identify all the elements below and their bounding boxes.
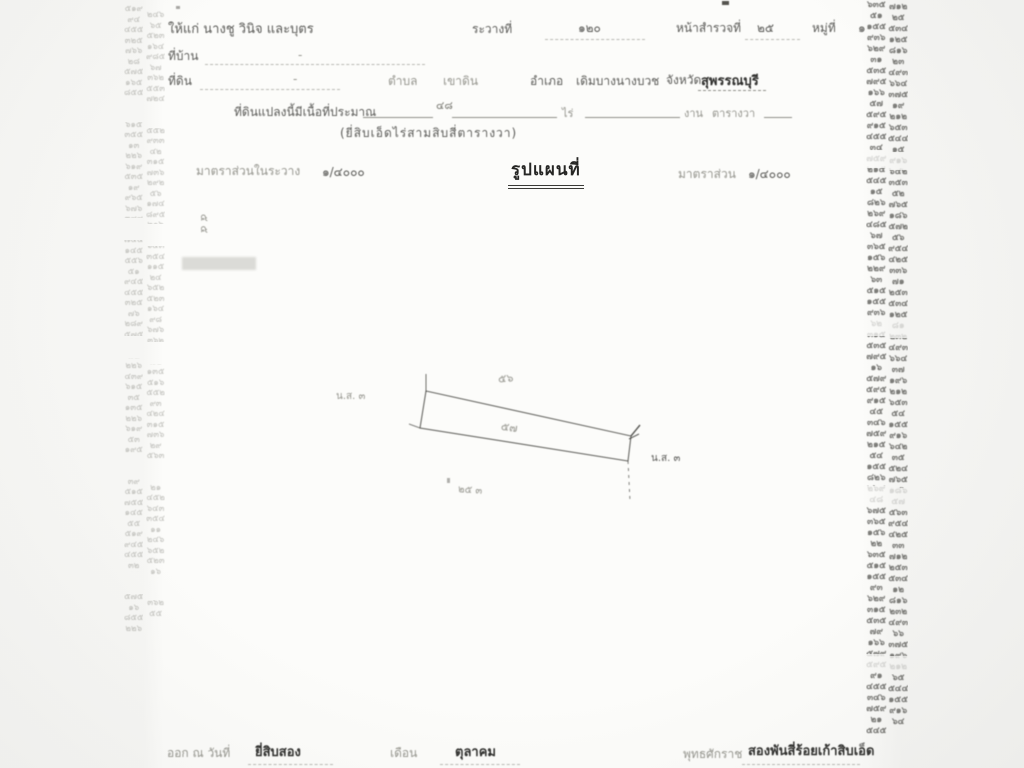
scanned-deed-page: ๕๑๙ ๙๔ ๔๕๕ ๓๒๕ ๗๖๖ ๒๘ ๕๗๕ ๑๖๕ ๘๕๕ ๒๒ ๔๓๙… (0, 0, 1024, 768)
area-label: ที่ดินแปลงนี้มีเนื้อที่ประมาณ (234, 103, 376, 122)
day-underline (248, 764, 333, 765)
era-label: พุทธศักราช (683, 745, 742, 764)
adjacent-parcel-east-label: น.ส. ๓ (651, 451, 680, 466)
issued-day: ยี่สิบสอง (255, 741, 301, 762)
area-spelled-out: (ยี่สิบเอ็ดไร่สามสิบสี่ตารางวา) (340, 124, 517, 143)
changwat-label: จังหวัด (666, 71, 701, 90)
scan-speck (176, 6, 180, 9)
corner-tick-bottom-dashed (628, 461, 630, 501)
sheet-underline (545, 39, 645, 40)
scan-speck (722, 1, 729, 5)
parcel-map-drawing (300, 355, 740, 515)
changwat-value: สุพรรณบุรี (701, 70, 759, 91)
recipient-line: ให้แก่ นางชู วินิจ และบุตร (168, 18, 314, 39)
rai-label: ไร่ (562, 104, 573, 122)
scale-right-label: มาตราส่วน (678, 165, 736, 184)
survey-label: หน้าสำรวจที่ (676, 19, 741, 38)
tambon-label: ตำบล (388, 72, 418, 91)
tambon-value: เขาดิน (443, 72, 478, 91)
land-value: - (293, 72, 297, 86)
changwat-underline (698, 90, 766, 91)
area-line-3 (585, 117, 680, 118)
land-underline (200, 89, 340, 90)
issued-year: สองพันสี่ร้อยเก้าสิบเอ็ด (748, 740, 874, 761)
ngan-label: งาน (684, 104, 703, 122)
amphoe-value: เดิมบางนางบวช (576, 72, 659, 91)
adjacent-parcel-north-label: ๕๖ (497, 368, 514, 387)
corner-tick-left (409, 424, 420, 428)
moo-label: หมู่ที่ (812, 19, 836, 38)
month-underline (440, 764, 520, 765)
adjacent-parcel-south-label: ๒๕ ๓ (458, 482, 483, 499)
right-stub-glyph-column-1: ๖๓๕ ๕๑ ๑๕๕ ๙๓๖ ๖๒๙ ๓๑ ๕๓๕ ๗๙๕ ๑๖๖ ๕๗ ๕๙๕… (866, 0, 887, 737)
margin-mark: ๕๕ (196, 214, 211, 237)
area-line-1 (363, 117, 433, 118)
survey-value: ๒๕ (757, 19, 774, 38)
issued-month: ตุลาคม (455, 741, 496, 762)
scale-right-value: ๑/๔๐๐๐ (748, 165, 791, 184)
scan-smudge-bar (182, 257, 256, 270)
sheet-value: ๑๒๐ (578, 19, 601, 38)
left-stub-glyph-column-2: ๒๔๖ ๖๕ ๕๒๓ ๑๖๔ ๙๘๕ ๖๗ ๓๖๒ ๕๕๓ ๗๒๔ ๑๓ ๕๑๖… (146, 10, 165, 619)
land-label: ที่ดิน (168, 72, 192, 91)
scale-left-label: มาตราส่วนในระวาง (196, 162, 300, 181)
parcel-outline (420, 391, 631, 461)
month-label: เดือน (390, 744, 417, 763)
survey-underline (745, 39, 800, 40)
year-underline (742, 764, 860, 765)
right-stub-glyph-column-2: ๗๑๒ ๒๕ ๕๓๔ ๑๒๕ ๘๑๖ ๒๓ ๔๙๓ ๖๖๔ ๓๗๕ ๑๙ ๒๑๒… (888, 2, 908, 728)
wa-label: ตารางวา (712, 104, 755, 122)
house-underline (205, 64, 425, 65)
scale-left-value: ๑/๔๐๐๐ (322, 163, 365, 182)
map-title: รูปแผนที่ (508, 156, 584, 189)
issued-prefix: ออก ณ วันที่ (167, 744, 230, 763)
parcel-number-label: ๕๗ (500, 417, 519, 437)
area-handwritten-mark: ๔๘ (436, 96, 453, 114)
moo-value: ๑ (858, 19, 866, 38)
sheet-label: ระวางที่ (472, 20, 512, 39)
area-line-2 (452, 117, 557, 118)
house-label: ที่บ้าน (168, 47, 198, 66)
adjacent-parcel-west-label: น.ส. ๓ (336, 389, 365, 404)
left-stub-glyph-column-1: ๕๑๙ ๙๔ ๔๕๕ ๓๒๕ ๗๖๖ ๒๘ ๕๗๕ ๑๖๕ ๘๕๕ ๒๒ ๔๓๙… (124, 4, 143, 634)
amphoe-label: อำเภอ (530, 72, 563, 91)
area-line-4 (764, 117, 792, 118)
house-value: - (298, 48, 302, 62)
